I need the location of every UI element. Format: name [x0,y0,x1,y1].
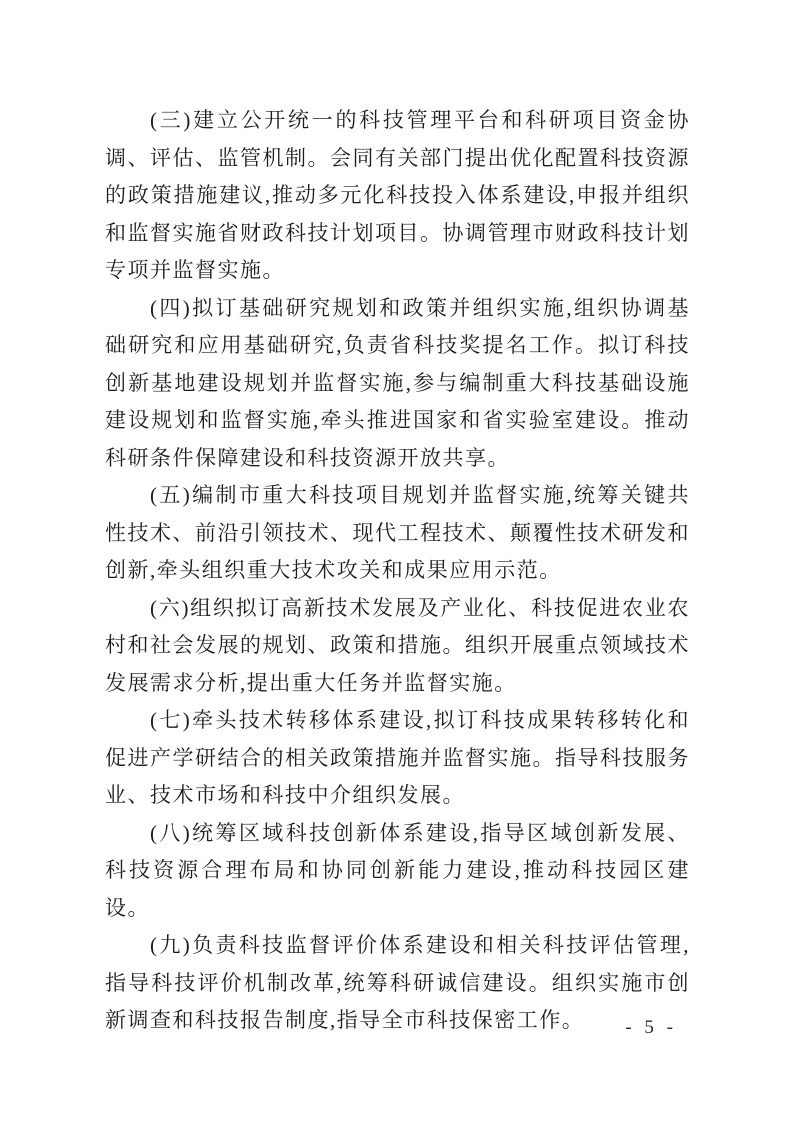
paragraph-item-3: (三)建立公开统一的科技管理平台和科研项目资金协调、评估、监管机制。会同有关部门… [105,102,690,290]
paragraph-item-8: (八)统筹区域科技创新体系建设,指导区域创新发展、科技资源合理布局和协同创新能力… [105,815,690,928]
document-page: (三)建立公开统一的科技管理平台和科研项目资金协调、评估、监管机制。会同有关部门… [0,0,793,1122]
paragraph-item-9: (九)负责科技监督评价体系建设和相关科技评估管理,指导科技评价机制改革,统筹科研… [105,927,690,1040]
page-number: - 5 - [625,1016,677,1040]
paragraph-item-5: (五)编制市重大科技项目规划并监督实施,统筹关键共性技术、前沿引领技术、现代工程… [105,477,690,590]
paragraph-item-6: (六)组织拟订高新技术发展及产业化、科技促进农业农村和社会发展的规划、政策和措施… [105,590,690,703]
paragraph-item-7: (七)牵头技术转移体系建设,拟订科技成果转移转化和促进产学研结合的相关政策措施并… [105,702,690,815]
paragraph-item-4: (四)拟订基础研究规划和政策并组织实施,组织协调基础研究和应用基础研究,负责省科… [105,290,690,478]
document-body: (三)建立公开统一的科技管理平台和科研项目资金协调、评估、监管机制。会同有关部门… [105,102,690,1040]
